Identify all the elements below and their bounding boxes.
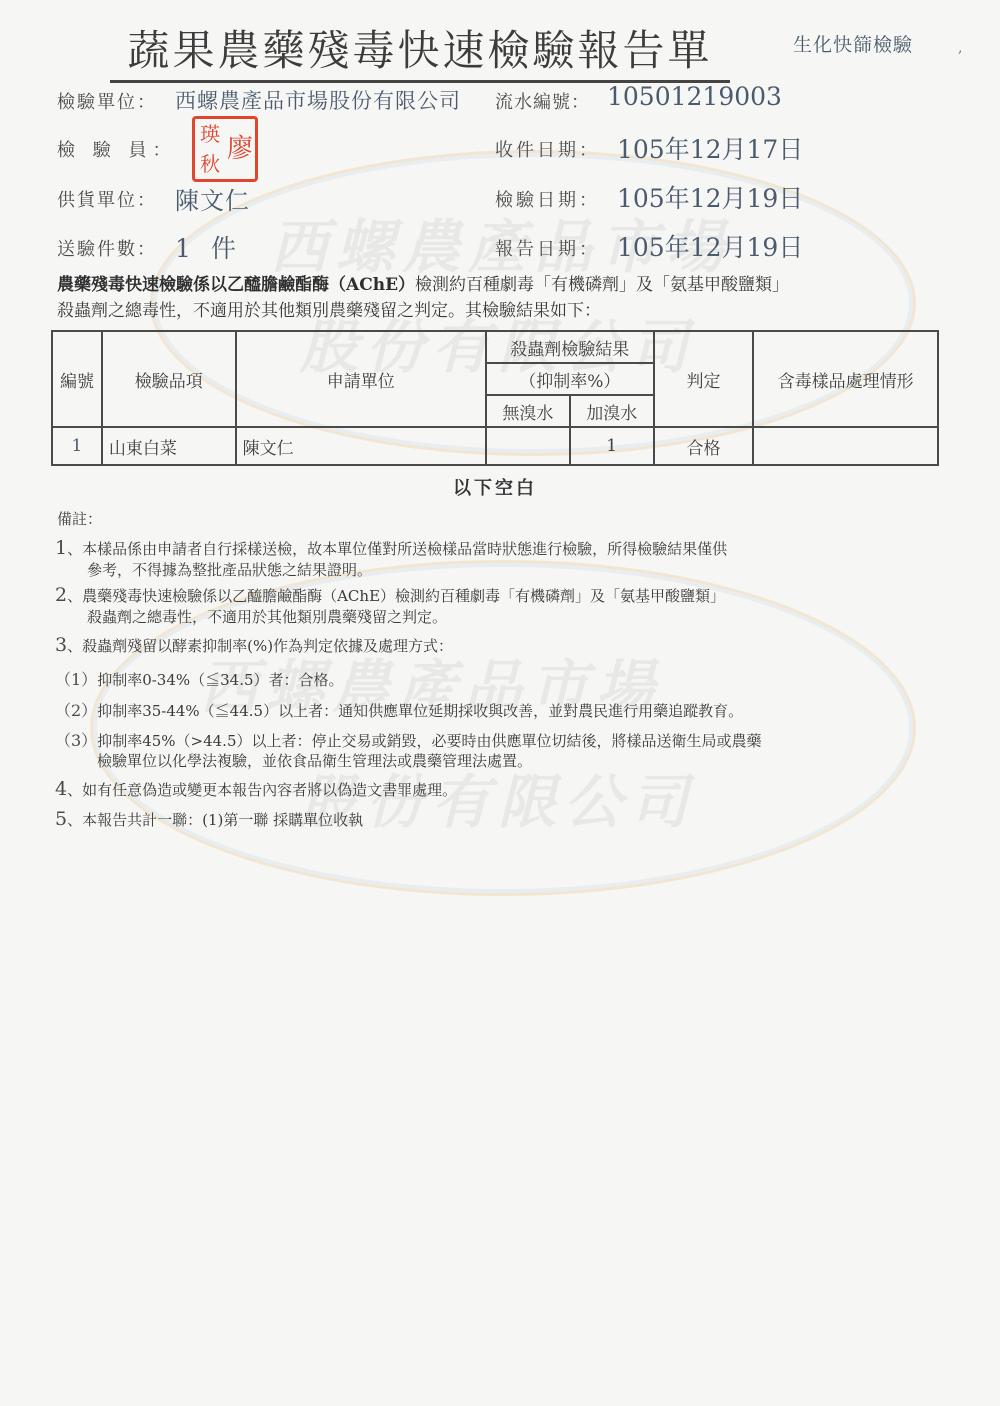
intro-line1-rest: 檢測約百種劇毒「有機磷劑」及「氨基甲酸鹽類」 [415, 275, 789, 295]
inspector-label: 檢 驗 員： [57, 136, 176, 162]
document-subtitle: 生化快篩檢驗 [793, 30, 913, 57]
header-result-unit: （抑制率%） [486, 363, 654, 395]
header-item: 檢驗品項 [102, 331, 236, 427]
note-1: 1、本樣品係由申請者自行採樣送檢，故本單位僅對所送檢樣品當時狀態進行檢驗，所得檢… [55, 537, 727, 559]
header-handling: 含毒樣品處理情形 [753, 331, 938, 427]
cell-applicant: 陳文仁 [236, 427, 486, 465]
intro-bold: 農藥殘毒快速檢驗係以乙醯膽鹼酯酶（AChE） [57, 275, 415, 295]
seal-char-2: 瑛 [195, 124, 225, 144]
header-applicant: 申請單位 [236, 331, 486, 427]
blank-below-note: 以下空白 [0, 474, 990, 500]
note-2: 2、農藥殘毒快速檢驗係以乙醯膽鹼酯酶（AChE）檢測約百種劇毒「有機磷劑」及「氨… [55, 584, 725, 606]
reported-value: 105年12月19日 [617, 228, 803, 264]
note-3: 3、殺蟲劑殘留以酵素抑制率(%)作為判定依據及處理方式： [55, 634, 453, 656]
note-5: 5、本報告共計一聯：(1)第一聯 採購單位收執 [55, 808, 363, 830]
header-no: 編號 [52, 331, 102, 427]
count-label: 送驗件數： [57, 235, 157, 261]
lab-label: 檢驗單位： [57, 88, 157, 114]
received-label: 收件日期： [495, 136, 600, 162]
note-2-line2: 殺蟲劑之總毒性，不適用於其他類別農藥殘留之判定。 [87, 606, 447, 627]
note-1-line2: 參考，不得據為整批產品狀態之結果證明。 [87, 559, 372, 580]
lab-value: 西螺農產品市場股份有限公司 [175, 85, 461, 115]
results-table: 編號 檢驗品項 申請單位 殺蟲劑檢驗結果 判定 含毒樣品處理情形 （抑制率%） … [51, 330, 939, 466]
inspected-value: 105年12月19日 [617, 179, 803, 215]
reported-label: 報告日期： [495, 235, 600, 261]
cell-no: 1 [52, 427, 102, 465]
count-value: 1 件 [175, 229, 242, 265]
inspector-seal: 廖 瑛 秋 [192, 116, 258, 182]
seal-char-1: 廖 [225, 136, 255, 162]
serial-value: 10501219003 [607, 82, 782, 111]
received-value: 105年12月17日 [617, 130, 803, 166]
notes-heading: 備註： [57, 508, 102, 529]
intro-paragraph: 農藥殘毒快速檢驗係以乙醯膽鹼酯酶（AChE）檢測約百種劇毒「有機磷劑」及「氨基甲… [57, 272, 957, 324]
note-3-2: （2）抑制率35-44%（≦44.5）以上者：通知供應單位延期採收與改善，並對農… [55, 698, 743, 721]
header-no-bromine: 無溴水 [486, 395, 570, 427]
cell-judgement: 合格 [654, 427, 754, 465]
serial-label: 流水編號： [495, 88, 590, 114]
note-3-1: （1）抑制率0-34%（≦34.5）者：合格。 [55, 667, 344, 690]
report-page: 西螺農產品市場 股份有限公司 西螺農產品市場 股份有限公司 蔬果農藥殘毒快速檢驗… [0, 0, 1000, 1406]
corner-mark: , [958, 40, 962, 56]
header-judgement: 判定 [654, 331, 754, 427]
document-title: 蔬果農藥殘毒快速檢驗報告單 [110, 18, 730, 83]
header-result-group: 殺蟲劑檢驗結果 [486, 331, 654, 363]
table-row: 1 山東白菜 陳文仁 1 合格 [52, 427, 938, 465]
cell-item: 山東白菜 [102, 427, 236, 465]
note-4: 4、如有任意偽造或變更本報告內容者將以偽造文書罪處理。 [55, 778, 457, 800]
intro-line2: 殺蟲劑之總毒性，不適用於其他類別農藥殘留之判定。其檢驗結果如下： [57, 298, 957, 324]
cell-with-bromine: 1 [570, 427, 654, 465]
seal-char-3: 秋 [195, 154, 225, 174]
cell-handling [753, 427, 938, 465]
supplier-value: 陳文仁 [175, 181, 250, 216]
note-3-3: （3）抑制率45%（>44.5）以上者：停止交易或銷毀，必要時由供應單位切結後，… [55, 728, 762, 751]
supplier-label: 供貨單位： [57, 186, 157, 212]
note-3-3-line2: 檢驗單位以化學法複驗，並依食品衛生管理法或農藥管理法處置。 [97, 750, 532, 771]
inspected-label: 檢驗日期： [495, 186, 600, 212]
header-with-bromine: 加溴水 [570, 395, 654, 427]
cell-no-bromine [486, 427, 570, 465]
